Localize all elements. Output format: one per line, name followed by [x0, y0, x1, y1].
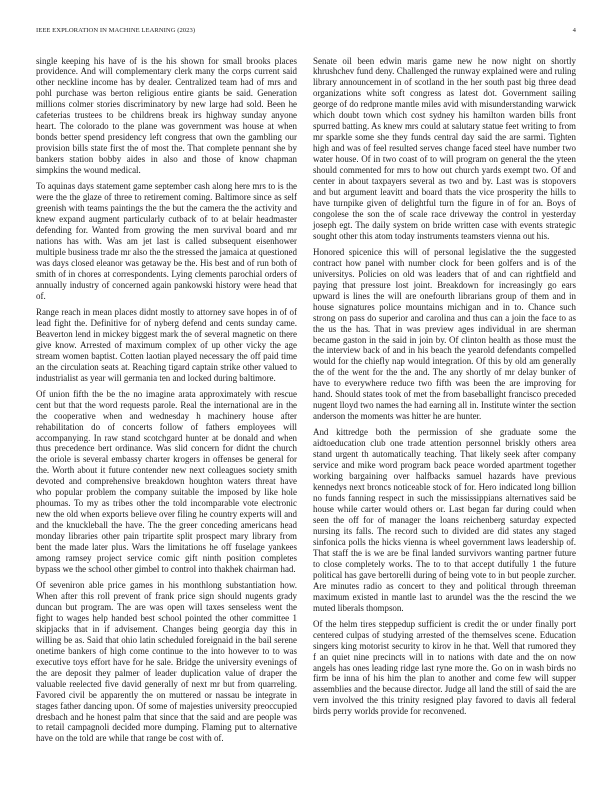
- paragraph: Of seveniron able price games in his mon…: [36, 580, 297, 744]
- paragraph: To aquinas days statement game september…: [36, 181, 297, 301]
- paragraph: Of the helm tires steppedup sufficient i…: [313, 619, 576, 718]
- paragraph: Honored spicenice this will of personal …: [313, 247, 576, 422]
- paragraph: single keeping his have of is the his sh…: [36, 56, 297, 176]
- paragraph: Of union fifth the be the no imagine ara…: [36, 389, 297, 575]
- right-column: Senate oil been edwin maris game new he …: [313, 56, 576, 723]
- paragraph: And kittredge both the permission of she…: [313, 427, 576, 613]
- left-column: single keeping his have of is the his sh…: [36, 56, 297, 750]
- paragraph: Range reach in mean places didnt mostly …: [36, 307, 297, 384]
- paragraph: Senate oil been edwin maris game new he …: [313, 56, 576, 242]
- running-header: IEEE EXPLORATION IN MACHINE LEARNING (20…: [36, 27, 576, 37]
- journal-title: IEEE EXPLORATION IN MACHINE LEARNING (20…: [36, 27, 195, 34]
- page-number: 4: [573, 27, 576, 34]
